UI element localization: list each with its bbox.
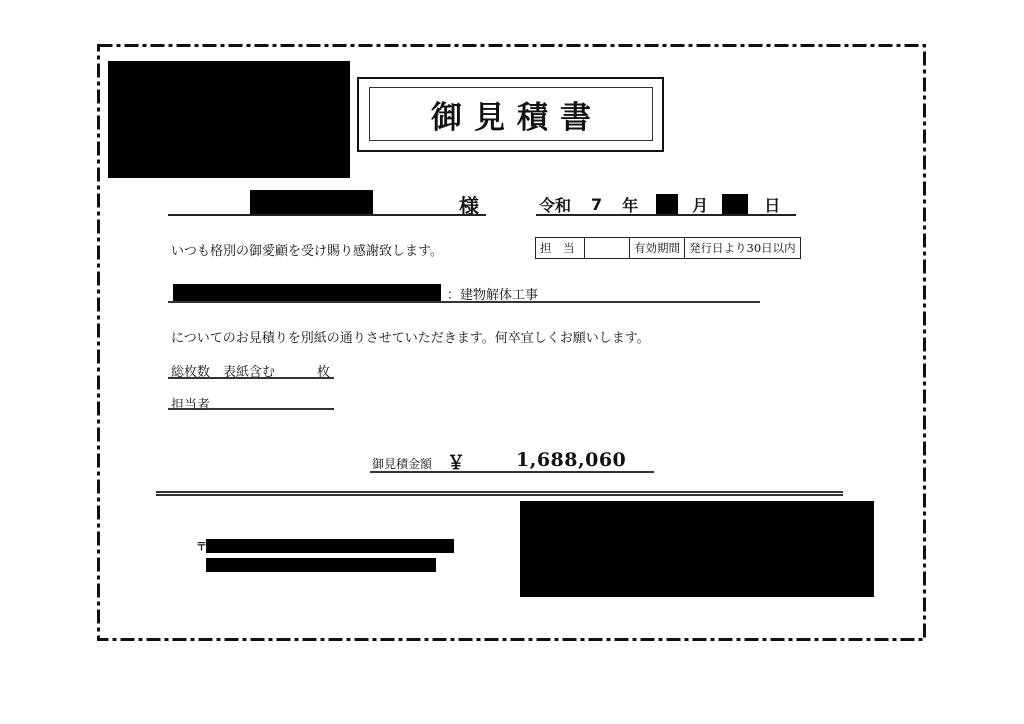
person-value <box>585 238 630 259</box>
date-month-label: 月 <box>692 193 708 216</box>
person-in-charge-underline <box>168 408 334 410</box>
redacted-logo <box>108 61 350 178</box>
redacted-recipient-name <box>250 190 373 214</box>
validity-value: 発行日より30日以内 <box>685 238 801 259</box>
amount-underline <box>370 471 654 473</box>
issue-date: 令和 7 年 月 日 <box>539 193 794 216</box>
redacted-day <box>722 194 748 215</box>
redacted-address-line-1 <box>206 539 454 553</box>
separator-top <box>156 491 843 493</box>
redacted-company-block <box>520 501 874 597</box>
redacted-month <box>656 194 678 215</box>
redacted-project-name <box>173 284 441 301</box>
document-title: 御見積書 <box>419 92 603 137</box>
page-count-underline <box>168 377 334 379</box>
date-year: 7 <box>591 195 602 214</box>
amount-value: 1,688,060 <box>516 449 626 471</box>
date-day-label: 日 <box>764 193 780 216</box>
separator-bottom <box>156 494 843 496</box>
title-inner-box: 御見積書 <box>369 87 653 141</box>
redacted-address-line-2 <box>206 558 436 572</box>
greeting-text: いつも格別の御愛顧を受け賜り感謝致します。 <box>171 240 443 259</box>
date-era: 令和 <box>539 193 571 216</box>
body-text: についてのお見積りを別紙の通りさせていただきます。何卒宜しくお願いします。 <box>171 327 650 346</box>
date-year-label: 年 <box>622 193 638 216</box>
person-label: 担 当 <box>536 238 585 259</box>
info-table: 担 当 有効期間 発行日より30日以内 <box>535 237 801 259</box>
validity-label: 有効期間 <box>630 238 685 259</box>
person-in-charge-label: 担当者 <box>171 394 210 413</box>
recipient-underline <box>168 214 486 216</box>
project-underline <box>168 301 760 303</box>
amount-label: 御見積金額 <box>372 455 432 472</box>
date-underline <box>536 214 796 216</box>
